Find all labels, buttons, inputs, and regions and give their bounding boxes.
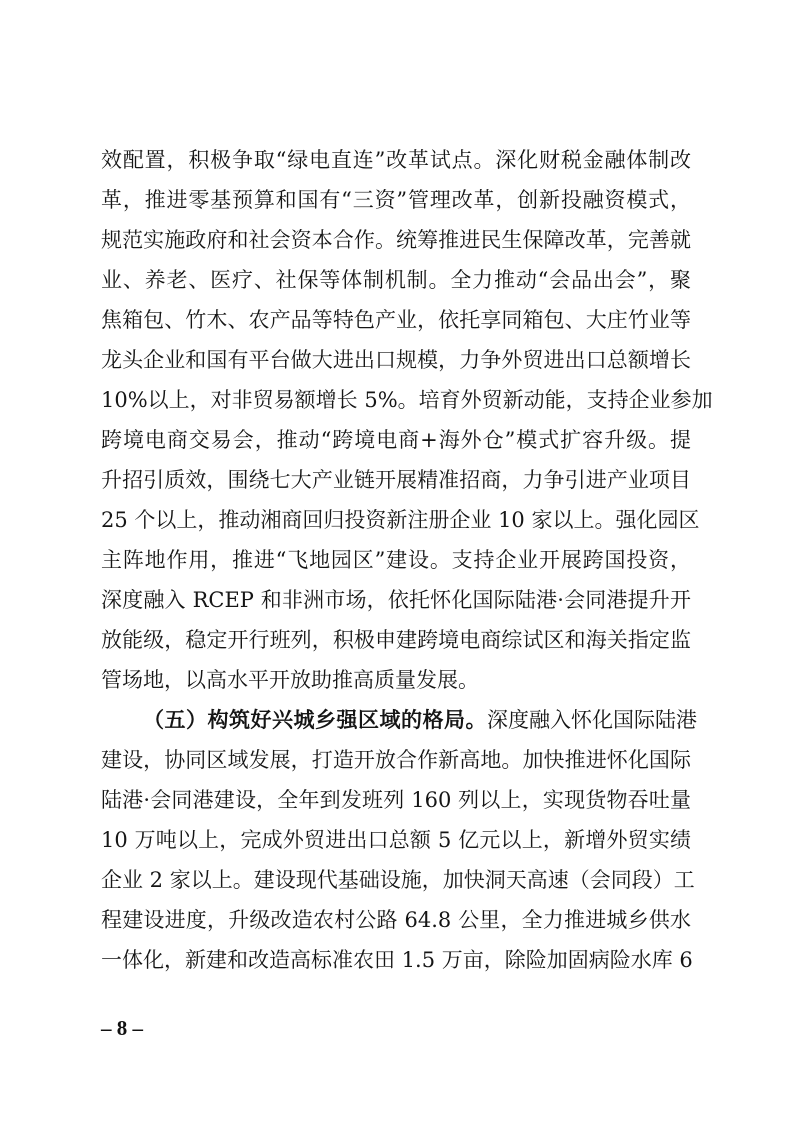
text-line: 陆港·会同港建设，全年到发班列 160 列以上，实现货物吞吐量 — [101, 780, 691, 820]
document-page: 效配置，积极争取“绿电直连”改革试点。深化财税金融体制改 革，推进零基预算和国有… — [0, 0, 793, 1122]
section-heading: （五）构筑好兴城乡强区域的格局。 — [143, 708, 487, 732]
body-text: 效配置，积极争取“绿电直连”改革试点。深化财税金融体制改 革，推进零基预算和国有… — [101, 140, 691, 980]
text-line: 建设，协同区域发展，打造开放合作新高地。加快推进怀化国际 — [101, 740, 691, 780]
text-line: 龙头企业和国有平台做大进出口规模，力争外贸进出口总额增长 — [101, 340, 691, 380]
text-line: 革，推进零基预算和国有“三资”管理改革，创新投融资模式， — [101, 180, 691, 220]
page-number: – 8 – — [101, 1016, 143, 1040]
section-heading-line: （五）构筑好兴城乡强区域的格局。深度融入怀化国际陆港 — [101, 700, 691, 740]
text-line: 程建设进度，升级改造农村公路 64.8 公里，全力推进城乡供水 — [101, 900, 691, 940]
text-line: 管场地，以高水平开放助推高质量发展。 — [101, 660, 691, 700]
text-line: 升招引质效，围绕七大产业链开展精准招商，力争引进产业项目 — [101, 460, 691, 500]
text-line: 效配置，积极争取“绿电直连”改革试点。深化财税金融体制改 — [101, 140, 691, 180]
paragraph-continuation: 效配置，积极争取“绿电直连”改革试点。深化财税金融体制改 革，推进零基预算和国有… — [101, 140, 691, 700]
text-line: 焦箱包、竹木、农产品等特色产业，依托享同箱包、大庄竹业等 — [101, 300, 691, 340]
text-line: 25 个以上，推动湘商回归投资新注册企业 10 家以上。强化园区 — [101, 500, 691, 540]
paragraph-section-five: （五）构筑好兴城乡强区域的格局。深度融入怀化国际陆港 建设，协同区域发展，打造开… — [101, 700, 691, 980]
section-heading-tail: 深度融入怀化国际陆港 — [487, 708, 697, 732]
text-line: 规范实施政府和社会资本合作。统筹推进民生保障改革，完善就 — [101, 220, 691, 260]
text-line: 放能级，稳定开行班列，积极申建跨境电商综试区和海关指定监 — [101, 620, 691, 660]
text-line: 10%以上，对非贸易额增长 5%。培育外贸新动能，支持企业参加 — [101, 380, 691, 420]
text-line: 主阵地作用，推进“飞地园区”建设。支持企业开展跨国投资， — [101, 540, 691, 580]
text-line: 跨境电商交易会，推动“跨境电商+海外仓”模式扩容升级。提 — [101, 420, 691, 460]
text-line: 10 万吨以上，完成外贸进出口总额 5 亿元以上，新增外贸实绩 — [101, 820, 691, 860]
text-line: 企业 2 家以上。建设现代基础设施，加快洞天高速（会同段）工 — [101, 860, 691, 900]
text-line: 业、养老、医疗、社保等体制机制。全力推动“会品出会”，聚 — [101, 260, 691, 300]
text-line: 深度融入 RCEP 和非洲市场，依托怀化国际陆港·会同港提升开 — [101, 580, 691, 620]
text-line: 一体化，新建和改造高标准农田 1.5 万亩，除险加固病险水库 6 — [101, 940, 691, 980]
